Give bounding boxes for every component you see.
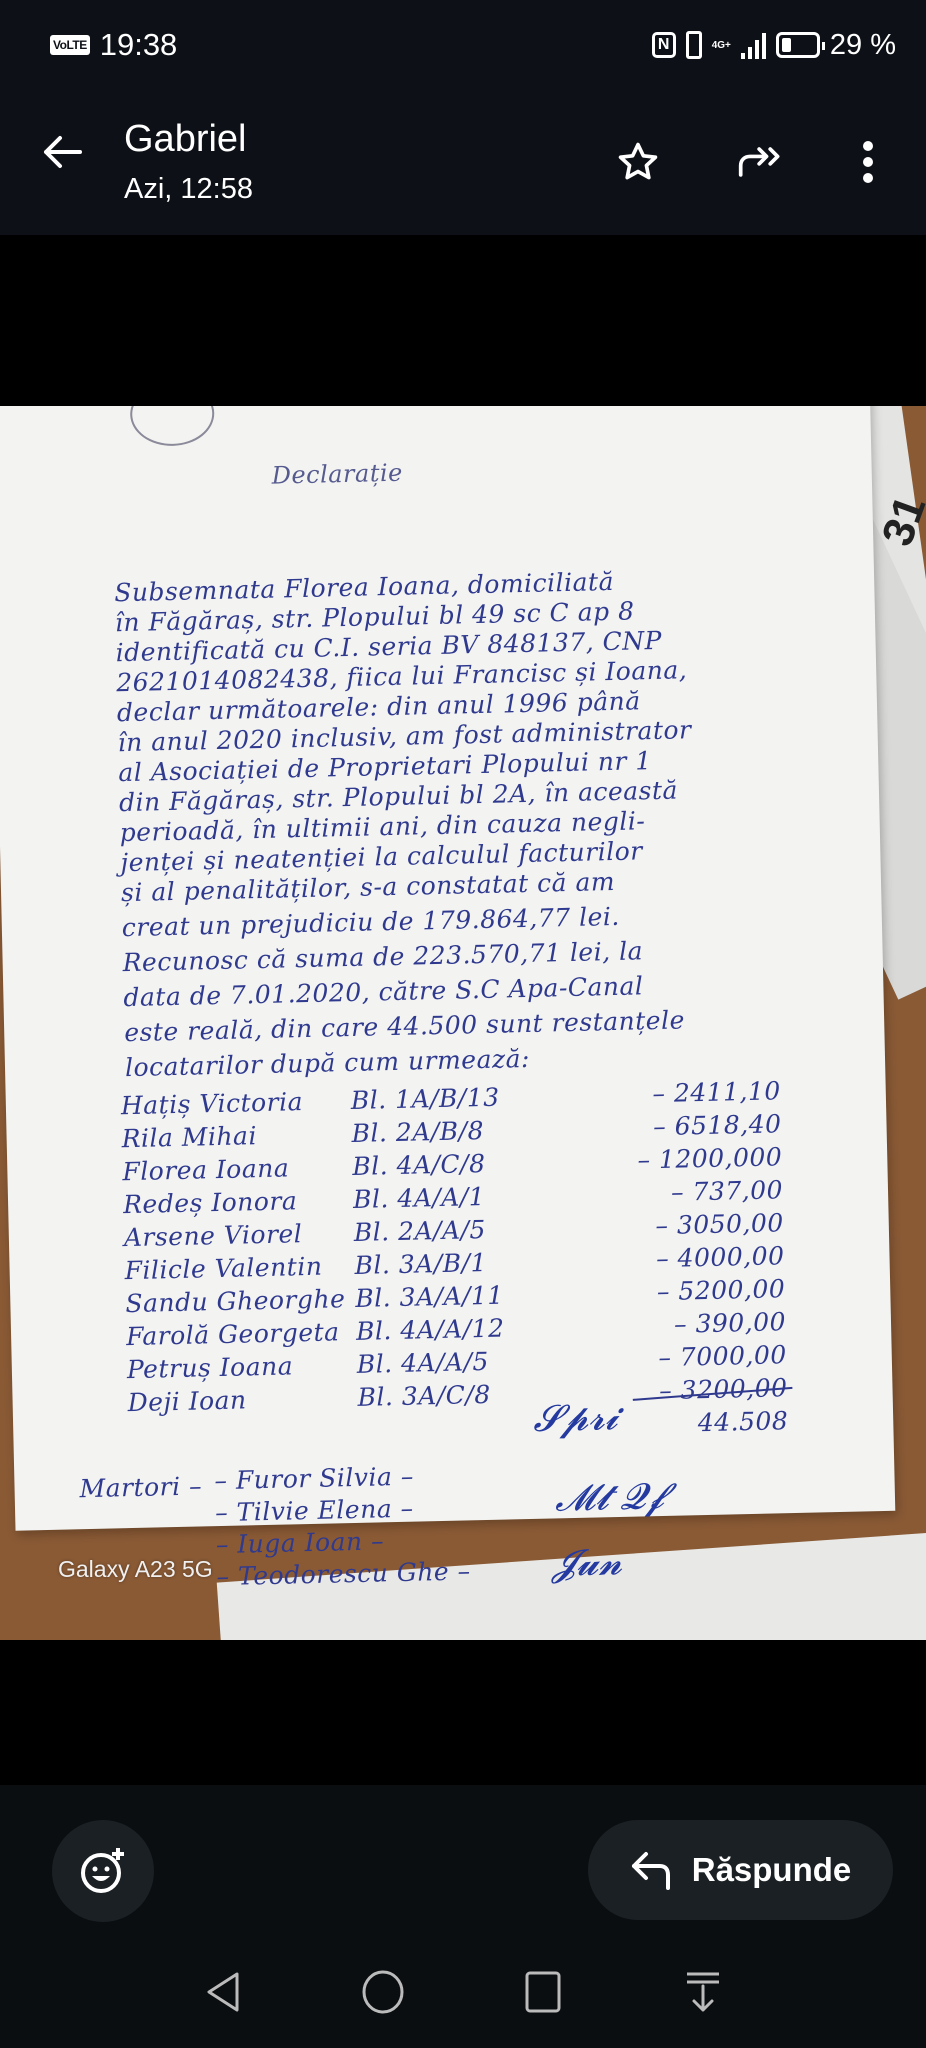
debtor-amount: – 3050,00: [603, 1208, 784, 1241]
debtor-name: Filicle Valentin: [124, 1252, 322, 1285]
nfc-icon: N: [652, 32, 676, 58]
nav-back-icon: [203, 1970, 243, 2014]
debtor-amount: – 737,00: [603, 1175, 784, 1208]
signature: 𝓢𝓹𝓻𝓲: [533, 1397, 618, 1441]
nav-notifications-icon: [683, 1970, 723, 2014]
debtor-amount: – 5200,00: [605, 1274, 786, 1307]
stamp: [130, 406, 215, 447]
forward-icon: [737, 140, 785, 184]
volte-icon: VoLTE: [50, 35, 90, 55]
forward-button[interactable]: [737, 138, 785, 186]
document-title: Declarație: [271, 459, 403, 490]
witnesses-label: Martori –: [79, 1471, 202, 1503]
star-button[interactable]: [614, 138, 662, 186]
handwritten-document: Declarație Subsemnata Florea Ioana, domi…: [0, 406, 895, 1531]
system-nav-bar: [0, 1935, 926, 2048]
debtor-name: Petruș Ioana: [127, 1351, 294, 1384]
debtor-name: Hațiș Victoria: [121, 1087, 304, 1120]
nav-home-icon: [361, 1970, 405, 2014]
debtor-address: Bl. 4A/C/8: [352, 1149, 486, 1181]
debtor-address: Bl. 2A/B/8: [351, 1116, 484, 1148]
status-bar: VoLTE 19:38 N 4G+ 29 %: [0, 0, 926, 90]
more-options-button[interactable]: [844, 138, 892, 186]
debtor-amount: – 7000,00: [606, 1340, 787, 1373]
debtor-address: Bl. 1A/B/13: [351, 1083, 500, 1115]
reply-icon: [630, 1850, 674, 1890]
nav-recents-button[interactable]: [518, 1967, 568, 2017]
debtor-address: Bl. 4A/A/12: [356, 1314, 505, 1346]
attached-photo[interactable]: 24 31 30 Declarație Subsemnata Florea Io…: [0, 406, 926, 1640]
add-reaction-button[interactable]: [52, 1820, 154, 1922]
body-line: data de 7.01.2020, către S.C Apa-Canal: [123, 971, 644, 1012]
debtor-name: Florea Ioana: [122, 1153, 289, 1186]
debtor-name: Deji Ioan: [127, 1385, 247, 1417]
reply-button[interactable]: Răspunde: [588, 1820, 893, 1920]
debtor-address: Bl. 3A/A/11: [355, 1281, 504, 1313]
nav-back-button[interactable]: [198, 1967, 248, 2017]
emoji-add-icon: [78, 1846, 128, 1896]
witness-name: – Teodorescu Ghe –: [216, 1556, 471, 1591]
body-line: locatarilor după cum urmează:: [125, 1044, 531, 1082]
witness-name: – Iuga Ioan –: [216, 1526, 385, 1559]
reply-label: Răspunde: [692, 1851, 852, 1889]
debtor-name: Redeș Ionora: [123, 1186, 298, 1219]
total-amount: 44.508: [608, 1406, 789, 1439]
network-type-icon: 4G+: [712, 40, 731, 51]
star-icon: [616, 140, 660, 184]
battery-icon: [776, 32, 820, 58]
more-vertical-icon: [862, 140, 874, 184]
debtor-name: Farolă Georgeta: [126, 1317, 340, 1351]
battery-percent: 29 %: [830, 29, 896, 62]
debtor-amount: – 6518,40: [601, 1109, 782, 1142]
witness-name: – Tilvie Elena –: [215, 1494, 414, 1527]
signal-icon: [741, 31, 766, 59]
sender-name: Gabriel: [124, 118, 247, 161]
debtor-address: Bl. 2A/A/5: [354, 1215, 487, 1247]
back-button[interactable]: [40, 130, 84, 174]
debtor-amount: – 390,00: [606, 1307, 787, 1340]
witness-name: – Furor Silvia –: [214, 1462, 414, 1496]
body-line: este reală, din care 44.500 sunt restanț…: [124, 1005, 685, 1047]
body-line: Recunosc că suma de 223.570,71 lei, la: [122, 936, 643, 977]
debtor-address: Bl. 3A/B/1: [354, 1248, 487, 1280]
witness-signature: 𝓜𝓽 𝓠𝓯: [554, 1476, 664, 1520]
debtor-name: Sandu Gheorghe: [125, 1284, 346, 1318]
debtor-address: Bl. 4A/A/5: [357, 1347, 490, 1379]
message-timestamp: Azi, 12:58: [124, 173, 253, 206]
message-header: Gabriel Azi, 12:58: [0, 90, 926, 235]
nav-recents-icon: [523, 1970, 563, 2014]
debtor-address: Bl. 3A/C/8: [357, 1380, 491, 1412]
debtor-amount: – 4000,00: [604, 1241, 785, 1274]
debtor-address: Bl. 4A/A/1: [353, 1182, 486, 1214]
body-line: creat un prejudiciu de 179.864,77 lei.: [122, 902, 621, 942]
clock: 19:38: [100, 27, 178, 63]
witness-signature: 𝓙𝓾𝓷: [551, 1542, 623, 1586]
debtor-amount: – 1200,000: [602, 1142, 783, 1175]
debtor-amount: – 2411,10: [600, 1076, 781, 1109]
debtor-name: Rila Mihai: [121, 1121, 257, 1153]
camera-watermark: Galaxy A23 5G: [58, 1556, 213, 1583]
vibrate-icon: [686, 31, 702, 59]
nav-home-button[interactable]: [358, 1967, 408, 2017]
debtor-name: Arsene Viorel: [124, 1219, 303, 1252]
nav-notifications-button[interactable]: [678, 1967, 728, 2017]
back-arrow-icon: [40, 130, 84, 174]
